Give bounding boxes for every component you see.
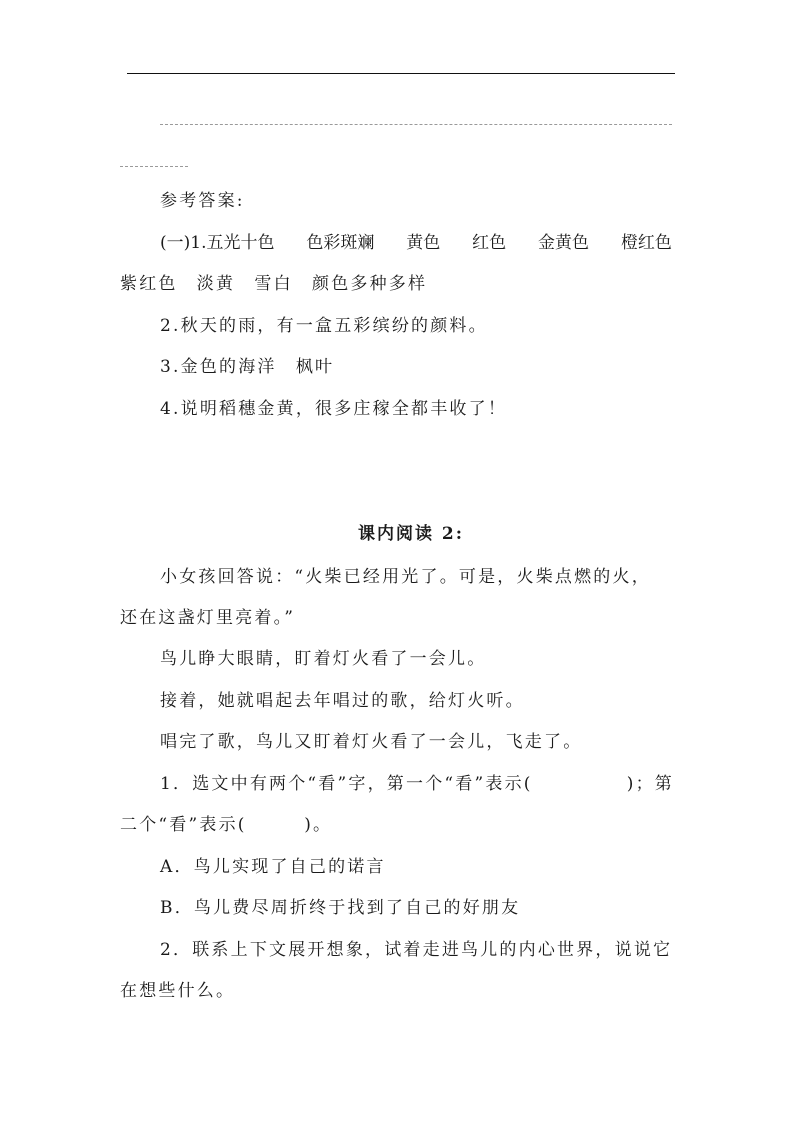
question2-line2: 在想些什么。 (120, 981, 680, 1001)
answer-q1-part: 橙红色 (621, 233, 672, 253)
answer-q1-part: (一)1.五光十色 (160, 233, 274, 253)
passage-para1-line2: 还在这盏灯里亮着。” (120, 608, 680, 628)
question1-text: 1．选文中有两个“看”字，第一个“看”表示( (160, 774, 533, 794)
answer-q4: 4.说明稻穗金黄，很多庄稼全都丰收了！ (160, 399, 720, 419)
passage-para4: 唱完了歌，鸟儿又盯着灯火看了一会儿，飞走了。 (160, 732, 720, 752)
answer-q1-line1: (一)1.五光十色 色彩斑斓 黄色 红色 金黄色 橙红色 (160, 233, 672, 253)
answer-blank-line (160, 124, 672, 125)
passage-para3: 接着，她就唱起去年唱过的歌，给灯火听。 (160, 691, 720, 711)
passage-para2: 鸟儿睁大眼睛，盯着灯火看了一会儿。 (160, 649, 720, 669)
question2-line1: 2．联系上下文展开想象，试着走进鸟儿的内心世界，说说它 (160, 940, 720, 960)
option-b: B．鸟儿费尽周折终于找到了自己的好朋友 (160, 898, 720, 918)
answer-blank-line-continuation (120, 166, 188, 167)
answer-q1-part: 红色 (472, 233, 506, 253)
section-heading: 课内阅读 2: (0, 524, 793, 544)
answer-q2: 2.秋天的雨，有一盒五彩缤纷的颜料。 (160, 316, 720, 336)
answer-q1-part: 黄色 (406, 233, 440, 253)
answer-q3: 3.金色的海洋 枫叶 (160, 357, 720, 377)
answers-title: 参考答案: (160, 191, 720, 211)
question1-line2: 二个“看”表示( )。 (120, 815, 680, 835)
question1-line1: 1．选文中有两个“看”字，第一个“看”表示( )；第 (160, 774, 674, 794)
option-a: A．鸟儿实现了自己的诺言 (160, 857, 720, 877)
passage-para1-line1: 小女孩回答说：“火柴已经用光了。可是，火柴点燃的火， (160, 567, 720, 587)
answer-q1-part: 金黄色 (538, 233, 589, 253)
answer-q1-line2: 紫红色 淡黄 雪白 颜色多种多样 (120, 274, 680, 294)
question1-text-end: )；第 (627, 774, 674, 794)
top-divider-line (127, 73, 675, 74)
answer-q1-part: 色彩斑斓 (306, 233, 374, 253)
